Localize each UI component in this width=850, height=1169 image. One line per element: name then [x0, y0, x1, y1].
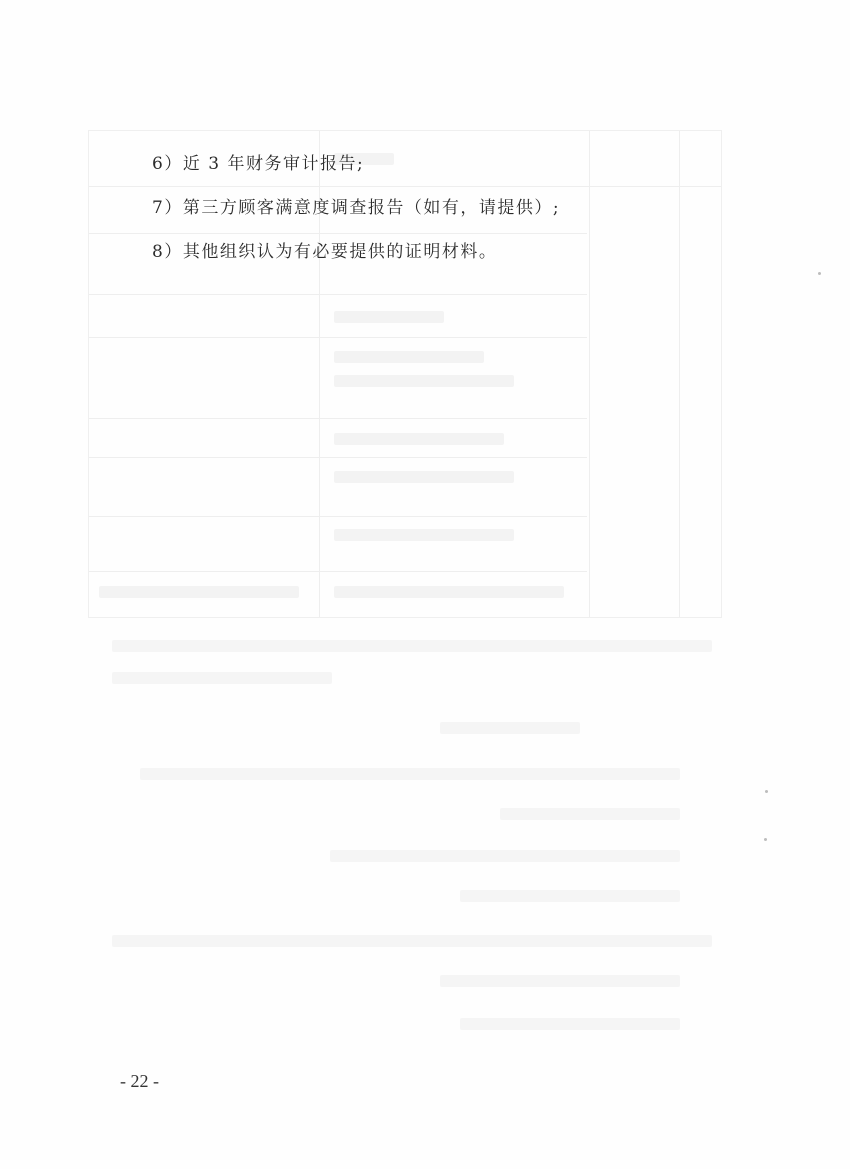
scan-speck — [765, 790, 768, 793]
document-page: 6）近 3 年财务审计报告; 7）第三方顾客满意度调查报告（如有，请提供）; 8… — [0, 0, 850, 1169]
bleed-gridline — [589, 131, 590, 617]
bleed-gridline — [679, 131, 680, 617]
page-number: - 22 - — [120, 1071, 159, 1092]
bleed-smudge — [112, 672, 332, 684]
bleed-smudge — [112, 640, 712, 652]
list-item: 8）其他组织认为有必要提供的证明材料。 — [152, 230, 560, 274]
bleed-gridline — [89, 418, 587, 419]
bleed-smudge — [112, 935, 712, 947]
bleed-gridline — [89, 337, 587, 338]
bleed-gridline — [89, 516, 587, 517]
bleed-smudge — [500, 808, 680, 820]
bleed-smudge — [440, 975, 680, 987]
bleed-smudge — [460, 890, 680, 902]
scan-speck — [764, 838, 767, 841]
bleed-smudge — [334, 471, 514, 483]
bleed-smudge — [440, 722, 580, 734]
list-item: 7）第三方顾客满意度调查报告（如有，请提供）; — [152, 186, 560, 230]
bleed-smudge — [334, 433, 504, 445]
bleed-smudge — [334, 375, 514, 387]
scan-speck — [818, 272, 821, 275]
bleed-smudge — [140, 768, 680, 780]
bleed-smudge — [334, 529, 514, 541]
bleed-smudge — [334, 311, 444, 323]
bleed-smudge — [99, 586, 299, 598]
bleed-gridline — [89, 571, 587, 572]
required-documents-list: 6）近 3 年财务审计报告; 7）第三方顾客满意度调查报告（如有，请提供）; 8… — [152, 142, 560, 274]
bleed-smudge — [330, 850, 680, 862]
bleed-gridline — [89, 457, 587, 458]
bleed-smudge — [334, 586, 564, 598]
bleed-gridline — [89, 294, 587, 295]
bleed-smudge — [334, 351, 484, 363]
bleed-smudge — [460, 1018, 680, 1030]
list-item: 6）近 3 年财务审计报告; — [152, 142, 560, 186]
